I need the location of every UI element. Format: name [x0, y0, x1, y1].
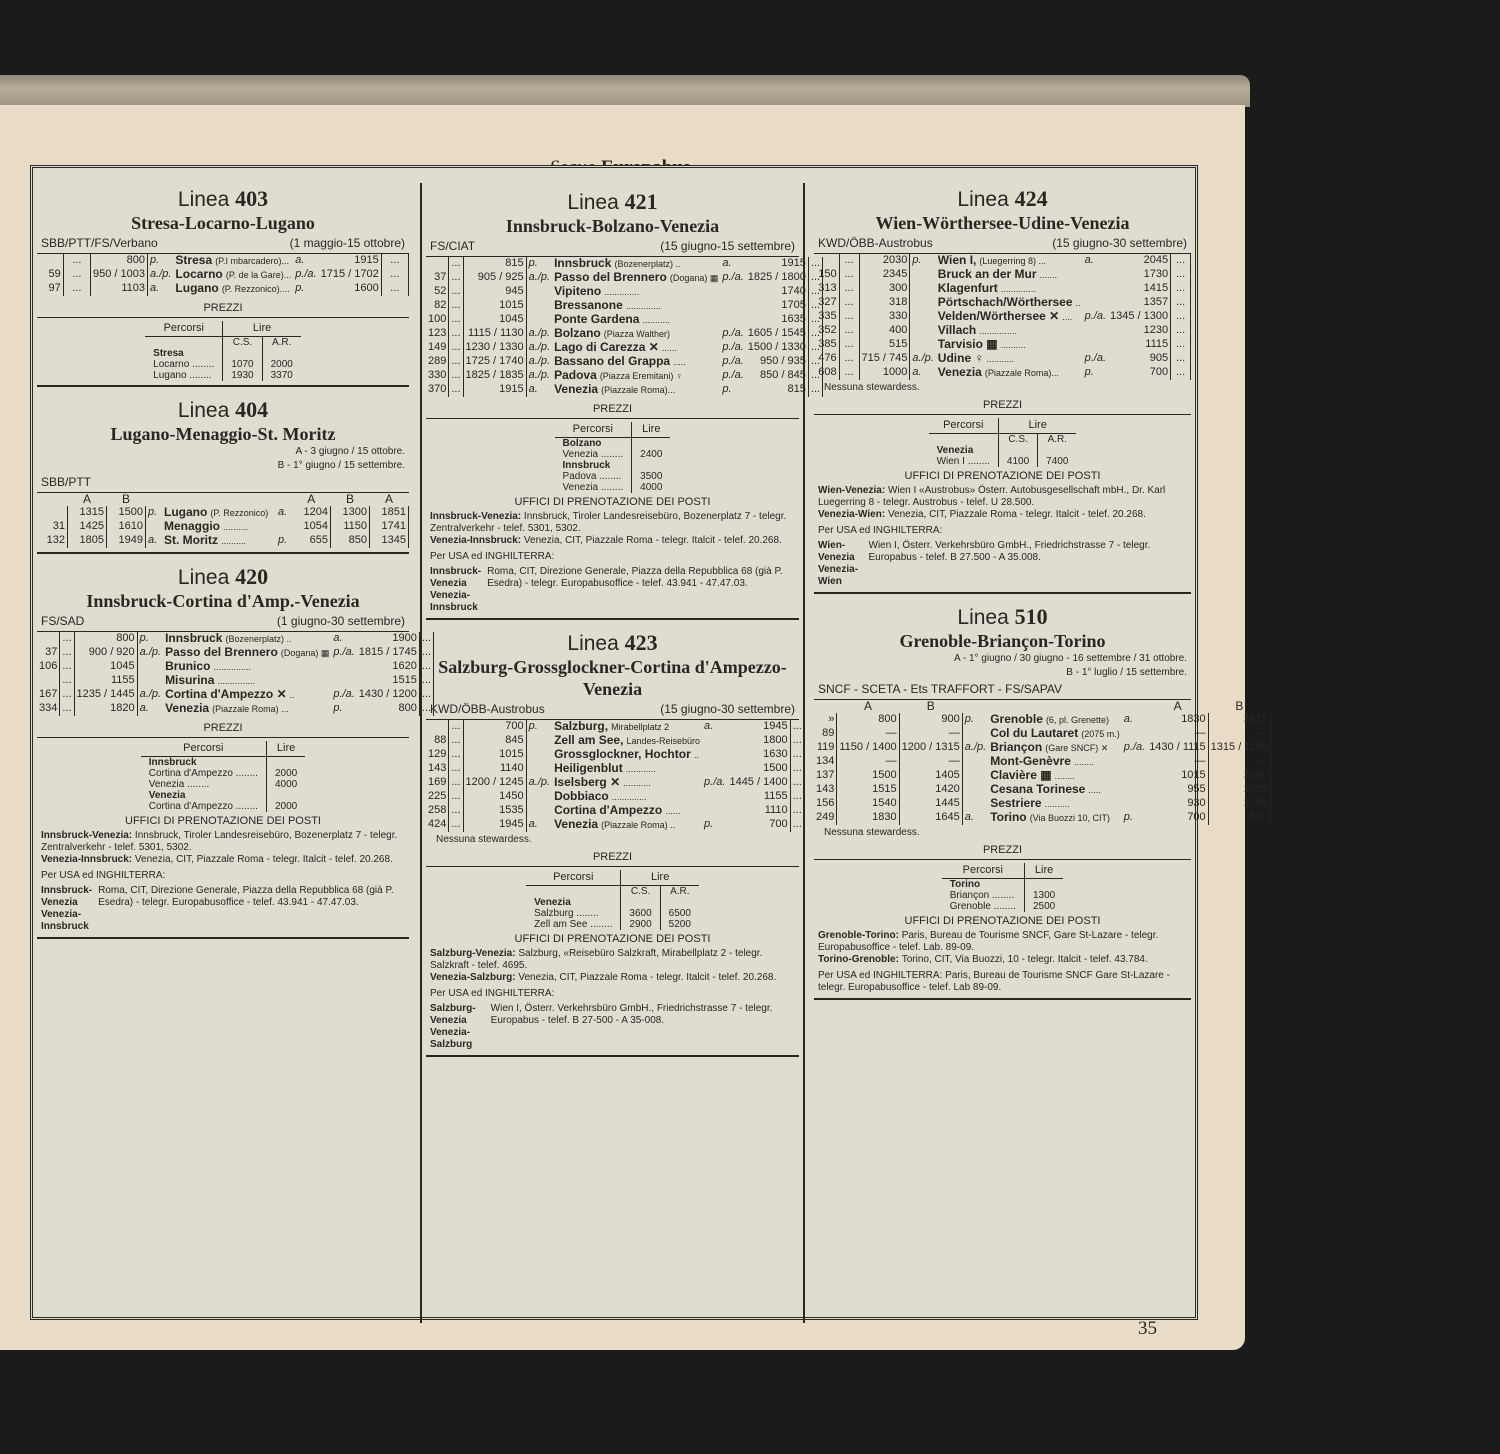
empty-column: ...	[449, 313, 463, 327]
station-detail: (6, pl. Grenette)	[1046, 715, 1109, 725]
station: Venezia (Piazzale Roma) ..	[552, 818, 702, 832]
station-name: Cesana Torinese	[990, 782, 1085, 796]
section-rule	[814, 998, 1191, 1000]
arr-dep-return	[331, 660, 356, 674]
station-name: Bruck an der Mur	[938, 267, 1037, 281]
station-name: Velden/Wörthersee ✕	[938, 309, 1059, 323]
km-value: 352	[814, 324, 839, 338]
time-return: 1155	[727, 790, 790, 804]
period: (1 giugno-30 settembre)	[277, 614, 405, 628]
blank	[223, 348, 262, 359]
lire-header: Lire	[266, 741, 305, 757]
arr-dep: a./p.	[910, 352, 936, 366]
timetable-row: 385...515Tarvisio ▦ ..........1115...	[814, 338, 1191, 352]
time-out: 515	[859, 338, 910, 352]
station-name: Passo del Brennero	[165, 645, 278, 659]
destination: Wien I ........	[929, 456, 999, 467]
station: Udine ♀ ...........	[936, 352, 1083, 366]
station-detail: (Gare SNCF) ✕	[1045, 743, 1108, 753]
destination: Venezia ........	[141, 779, 267, 790]
usa-row: Innsbruck-VeneziaVenezia-InnsbruckRoma, …	[430, 566, 795, 614]
ar-label: A.R.	[1038, 434, 1077, 446]
destination: Venezia ........	[555, 482, 632, 493]
station: Zell am See, Landes-Reisebüro	[552, 734, 702, 748]
office-route: Salzburg-Venezia:	[430, 948, 518, 959]
prices-table: PercorsiLireInnsbruckCortina d'Ampezzo .…	[141, 741, 306, 812]
time-b: 1645	[899, 811, 962, 825]
km-value	[426, 257, 449, 271]
usa-title: Per USA ed INGHILTERRA:	[818, 525, 1187, 537]
route-number: Linea 404	[37, 397, 409, 423]
arr-dep-return: p./a.	[331, 688, 356, 702]
price-origin: Venezia	[141, 790, 306, 801]
arr-dep-return	[1122, 727, 1147, 741]
cs-label: C.S.	[621, 886, 660, 898]
usa-title: Per USA ed INGHILTERRA:	[430, 988, 795, 1000]
station-detail: ...........	[623, 778, 651, 788]
prices-table: PercorsiLireC.S.A.R.VeneziaSalzburg ....…	[526, 870, 699, 930]
return-a: —	[1147, 755, 1208, 769]
arr-dep	[910, 310, 936, 324]
station: Klagenfurt ..............	[936, 282, 1083, 296]
price-row: Grenoble ........2500	[942, 901, 1064, 912]
km-value	[37, 674, 60, 688]
time-out: 2030	[859, 254, 910, 268]
timetable-row: 14315151420Cesana Torinese .....9551025	[814, 783, 1270, 797]
page-number: 35	[1138, 1318, 1157, 1340]
timetable-row: 330...1825 / 1835a./p.Padova (Piazza Ere…	[426, 369, 823, 383]
km-value: 106	[37, 660, 60, 674]
note: A - 1° giugno / 30 giugno - 16 settembre…	[814, 652, 1187, 666]
empty-column: ...	[790, 720, 804, 734]
time-return: 815	[746, 383, 809, 397]
station-name: Sestriere	[990, 796, 1041, 810]
blank	[632, 460, 671, 471]
empty-column: ...	[1171, 296, 1191, 310]
empty-column: ...	[1171, 282, 1191, 296]
section-rule	[37, 385, 409, 387]
route-id: 404	[235, 397, 268, 422]
usa-route: Venezia-Wien	[818, 564, 863, 588]
office-route: Grenoble-Torino:	[818, 930, 902, 941]
time-b: —	[899, 755, 962, 769]
time-out: 1535	[463, 804, 526, 818]
arr-dep	[526, 313, 552, 327]
timetable-row: 106...1045Brunico ...............1620...	[37, 660, 434, 674]
timetable-row: 129...1015Grossglockner, Hochtor ..1630.…	[426, 748, 804, 762]
usa-route: Innsbruck-Venezia	[41, 885, 92, 909]
timetable-row: ...2030p.Wien I, (Luegerring 8) ...a.204…	[814, 254, 1191, 268]
time-return: 1357	[1108, 296, 1171, 310]
timetable-row: 82...1015Bressanone ..............1705..…	[426, 299, 823, 313]
station-detail: (Bozenerplatz) ..	[614, 259, 680, 269]
station: Clavière ▦ ........	[988, 769, 1122, 783]
column-middle: Linea 421Innsbruck-Bolzano-VeneziaFS/CIA…	[420, 183, 805, 1323]
arr-dep: a./p.	[526, 327, 552, 341]
time-return: 1445 / 1400	[727, 776, 790, 790]
station-detail: ..........	[1001, 340, 1026, 350]
timetable-row: 476...715 / 745a./p.Udine ♀ ...........p…	[814, 352, 1191, 366]
return-b: 1025	[1208, 783, 1270, 797]
blank	[929, 434, 999, 446]
route-block-403: Linea 403Stresa-Locarno-LuganoSBB/PTT/FS…	[33, 186, 413, 387]
station-detail: (Luegerring 8) ...	[979, 256, 1046, 266]
timetable-row: ...1155Misurina ...............1515...	[37, 674, 434, 688]
arr-dep-return	[1083, 268, 1108, 282]
time-a: 1150 / 1400	[837, 741, 899, 755]
return-b: 1005	[1208, 797, 1270, 811]
time-b: 1949	[107, 534, 146, 548]
price-lire: 2400	[632, 449, 671, 460]
ar-label: A.R.	[660, 886, 699, 898]
return-b: 1300	[331, 506, 370, 520]
station: Col du Lautaret (2075 m.)	[988, 727, 1122, 741]
time-return: 700	[1108, 366, 1171, 380]
prices-subheader: C.S.A.R.	[929, 434, 1077, 446]
station-name: Venezia	[554, 817, 598, 831]
arr-dep: p.	[137, 632, 163, 646]
time-a: 1805	[68, 534, 107, 548]
station: Venezia (Piazzale Roma)...	[552, 383, 720, 397]
arr-dep-return: p./a.	[720, 369, 745, 383]
prices-subheader: C.S.A.R.	[145, 337, 301, 349]
time-return: 1620	[357, 660, 420, 674]
return-b: 1315 / 1130	[1208, 741, 1270, 755]
linea-label: Linea	[178, 566, 235, 589]
time-out: 1015	[463, 299, 526, 313]
time-a: 1500	[837, 769, 899, 783]
time-out: 900 / 920	[74, 646, 137, 660]
prices-title: PREZZI	[37, 302, 409, 314]
station-detail: (Dogana) ▦	[670, 273, 719, 283]
linea-label: Linea	[178, 188, 235, 211]
station: Salzburg, Mirabellplatz 2	[552, 720, 702, 734]
time-return: 1915	[319, 254, 382, 268]
destination: Cortina d'Ampezzo ........	[141, 768, 267, 779]
time-out: 1725 / 1740	[463, 355, 526, 369]
station-detail: .....	[673, 357, 686, 367]
arr-dep-return: p.	[1083, 366, 1108, 380]
operator-line: SBB/PTT/FS/Verbano(1 maggio-15 ottobre)	[37, 234, 409, 254]
prices-title: PREZZI	[426, 851, 799, 863]
station: Tarvisio ▦ ..........	[936, 338, 1083, 352]
price-lire: 4000	[266, 779, 305, 790]
station: Heiligenblut ............	[552, 762, 702, 776]
arr-dep-return	[720, 299, 745, 313]
arr-dep	[910, 296, 936, 310]
price-row: Locarno ........10702000	[145, 359, 301, 370]
office-entry: Grenoble-Torino: Paris, Bureau de Touris…	[818, 930, 1187, 954]
booking-offices: UFFICI DI PRENOTAZIONE DEI POSTIGrenoble…	[814, 915, 1191, 994]
return-a: 1430 / 1115	[1147, 741, 1208, 755]
operator-line: KWD/ÖBB-Austrobus(15 giugno-30 settembre…	[426, 700, 799, 720]
km-value: 167	[37, 688, 60, 702]
arr-dep-return	[1083, 282, 1108, 296]
station-name: Salzburg,	[554, 719, 608, 733]
usa-row: Salzburg-VeneziaVenezia-SalzburgWien I, …	[430, 1003, 795, 1051]
timetable-row: 149...1230 / 1330a./p.Lago di Carezza ✕ …	[426, 341, 823, 355]
time-return: 1230	[1108, 324, 1171, 338]
office-entry: Venezia-Innsbruck: Venezia, CIT, Piazzal…	[41, 854, 405, 866]
station-detail: ..............	[626, 301, 661, 311]
time-a: 1515	[837, 783, 899, 797]
arr-dep: p.	[910, 254, 936, 268]
booking-offices: UFFICI DI PRENOTAZIONE DEI POSTIInnsbruc…	[37, 815, 409, 933]
timetable: ...800p.Stresa (P.I mbarcadero)...a.1915…	[37, 254, 409, 296]
col-header	[814, 700, 837, 713]
time-out: 1015	[463, 748, 526, 762]
price-row: Padova ........3500	[555, 471, 671, 482]
station-detail: ..	[694, 750, 699, 760]
km-value: 82	[426, 299, 449, 313]
percorsi-header: Percorsi	[526, 870, 621, 886]
km-value: 37	[37, 646, 60, 660]
empty-column: ...	[790, 804, 804, 818]
price-lire: 2500	[1024, 901, 1063, 912]
operator: KWD/ÖBB-Austrobus	[430, 702, 545, 716]
arr-dep	[526, 299, 552, 313]
empty-column: ...	[1171, 310, 1191, 324]
km-value	[37, 254, 63, 268]
km-value	[37, 632, 60, 646]
time-return: 1635	[746, 313, 809, 327]
empty-column: ...	[449, 804, 463, 818]
timetable-row: 334...1820a.Venezia (Piazzale Roma) ...p…	[37, 702, 434, 716]
time-return: 1730	[1108, 268, 1171, 282]
blank	[1024, 879, 1063, 891]
arr-dep: a./p.	[526, 776, 552, 790]
col-header: A	[1147, 700, 1208, 713]
usa-title: Per USA ed INGHILTERRA:	[41, 870, 405, 882]
arr-dep: a.	[526, 818, 552, 832]
prices-header: PercorsiLire	[145, 321, 301, 337]
time-out: 1103	[91, 282, 148, 296]
price-row: Venezia ........2400	[555, 449, 671, 460]
price-row: Zell am See ........29005200	[526, 919, 699, 930]
operator-line: FS/SAD(1 giugno-30 settembre)	[37, 612, 409, 632]
station: Villach ...............	[936, 324, 1083, 338]
arr-dep: a.	[962, 811, 988, 825]
lire-header: Lire	[1024, 863, 1063, 879]
time-return: 905	[1108, 352, 1171, 366]
office-route: Torino-Grenoble:	[818, 954, 902, 965]
timetable: AB AB»800900p.Grenoble (6, pl. Grenette)…	[814, 700, 1271, 825]
operator: FS/CIAT	[430, 239, 475, 253]
office-text: Torino, CIT, Via Buozzi, 10 - telegr. It…	[902, 954, 1148, 965]
empty-column: ...	[60, 660, 74, 674]
usa-route: Venezia-Innsbruck	[41, 909, 92, 933]
percorsi-header: Percorsi	[929, 418, 999, 434]
office-entry: Wien-Venezia: Wien I «Austrobus» Österr.…	[818, 485, 1187, 509]
office-text: Venezia, CIT, Piazzale Roma - telegr. It…	[888, 509, 1146, 520]
empty-column: ...	[449, 369, 463, 383]
usa-route: Salzburg-Venezia	[430, 1003, 485, 1027]
arr-dep	[910, 268, 936, 282]
route-id: 510	[1015, 604, 1048, 629]
station-detail: ......	[662, 343, 677, 353]
return-a: 700	[1147, 811, 1208, 825]
return-b: 1040	[1208, 769, 1270, 783]
station-detail: ............	[626, 764, 656, 774]
price-cs: 1930	[223, 370, 262, 381]
price-row: Cortina d'Ampezzo ........2000	[141, 768, 306, 779]
km-value	[37, 506, 68, 520]
empty-column: ...	[1171, 268, 1191, 282]
note: B - 1° luglio / 15 settembre.	[814, 666, 1187, 680]
blank	[526, 886, 621, 898]
time-return: 1815 / 1745	[357, 646, 420, 660]
time-return: 1345 / 1300	[1108, 310, 1171, 324]
route-number: Linea 510	[814, 604, 1191, 630]
col-header: B	[1208, 700, 1270, 713]
origin-name: Venezia	[141, 790, 267, 801]
empty-column: ...	[60, 646, 74, 660]
empty-column: ...	[449, 776, 463, 790]
blank	[660, 897, 699, 908]
km-value: 88	[426, 734, 449, 748]
time-out: 1235 / 1445	[74, 688, 137, 702]
price-lire: 4000	[632, 482, 671, 493]
time-out: 1450	[463, 790, 526, 804]
station: Padova (Piazza Eremitani) ♀	[552, 369, 720, 383]
empty-column: ...	[60, 632, 74, 646]
timetable-row: 1191150 / 14001200 / 1315a./p.Briançon (…	[814, 741, 1270, 755]
stewardess-note: Nessuna stewardess.	[426, 834, 799, 845]
station: Mont-Genèvre ........	[988, 755, 1122, 769]
arr-dep-return: p./a.	[1083, 352, 1108, 366]
section-rule	[37, 937, 409, 939]
col-header	[146, 493, 163, 506]
arr-dep-return: a.	[293, 254, 318, 268]
station: St. Moritz ..........	[162, 534, 276, 548]
timetable-row: 143...1140Heiligenblut ............1500.…	[426, 762, 804, 776]
time-return: 1740	[746, 285, 809, 299]
time-out: 1820	[74, 702, 137, 716]
blank	[266, 757, 305, 769]
station-name: Lago di Carezza ✕	[554, 340, 659, 354]
time-b: 1500	[107, 506, 146, 520]
km-value: 330	[426, 369, 449, 383]
empty-column: ...	[839, 338, 859, 352]
km-value: 123	[426, 327, 449, 341]
timetable-row: 370...1915a.Venezia (Piazzale Roma)...p.…	[426, 383, 823, 397]
usa-text: Wien I, Österr. Verkehrsbüro GmbH., Frie…	[869, 540, 1188, 588]
price-row: Venezia ........4000	[555, 482, 671, 493]
operator-line: SNCF - SCETA - Ets TRAFFORT - FS/SAPAV	[814, 680, 1191, 700]
empty-column: ...	[1171, 338, 1191, 352]
arr-dep	[526, 804, 552, 818]
destination: Padova ........	[555, 471, 632, 482]
blank	[1038, 445, 1077, 456]
time-out: 2345	[859, 268, 910, 282]
office-text: Venezia, CIT, Piazzale Roma - telegr. It…	[135, 854, 393, 865]
usa-title: Per USA ed INGHILTERRA:	[430, 551, 795, 563]
blank	[266, 790, 305, 801]
empty-column: ...	[839, 366, 859, 380]
station-name: Grossglockner, Hochtor	[554, 747, 691, 761]
timetable-row: 52...945Vipiteno ..............1740...	[426, 285, 823, 299]
station: Pörtschach/Wörthersee ..	[936, 296, 1083, 310]
empty-column: ...	[1171, 324, 1191, 338]
timetable: ...700p.Salzburg, Mirabellplatz 2a.1945.…	[426, 720, 805, 832]
return-b: 1150	[331, 520, 370, 534]
arr-dep: a./p.	[526, 341, 552, 355]
price-origin: Venezia	[929, 445, 1077, 456]
station: Cesana Torinese .....	[988, 783, 1122, 797]
station: Passo del Brennero (Dogana) ▦	[163, 646, 331, 660]
empty-column: ...	[63, 268, 90, 282]
time-out: 845	[463, 734, 526, 748]
time-out: 905 / 925	[463, 271, 526, 285]
timetable-row: 327...318Pörtschach/Wörthersee ..1357...	[814, 296, 1191, 310]
time-return: 950 / 935	[746, 355, 809, 369]
route-id: 424	[1015, 186, 1048, 211]
arr-dep-return: a.	[331, 632, 356, 646]
usa-row: Wien-VeneziaVenezia-WienWien I, Österr. …	[818, 540, 1187, 588]
return-b: 800	[1208, 811, 1270, 825]
prices-header: PercorsiLire	[141, 741, 306, 757]
km-value: 313	[814, 282, 839, 296]
time-out: 1045	[463, 313, 526, 327]
empty-column: ...	[449, 327, 463, 341]
price-origin: Stresa	[145, 348, 301, 359]
time-a: —	[837, 727, 899, 741]
station-detail: (2075 m.)	[1081, 729, 1120, 739]
price-row: Briançon ........1300	[942, 890, 1064, 901]
return-a: 1830	[1147, 713, 1208, 727]
office-entry: Salzburg-Venezia: Salzburg, «Reisebüro S…	[430, 948, 795, 972]
arr-dep-return: a.	[702, 720, 727, 734]
station-detail: (P. de la Gare)...	[226, 270, 291, 280]
timetable-row: ...800p.Stresa (P.I mbarcadero)...a.1915…	[37, 254, 409, 268]
station: Iselsberg ✕ ...........	[552, 776, 702, 790]
empty-column: ...	[839, 282, 859, 296]
timetable-row: 150...2345Bruck an der Mur .......1730..…	[814, 268, 1191, 282]
time-return: 1825 / 1800	[746, 271, 809, 285]
timetable: ...2030p.Wien I, (Luegerring 8) ...a.204…	[814, 254, 1191, 380]
percorsi-header: Percorsi	[942, 863, 1025, 879]
timetable-row: 225...1450Dobbiaco ..............1155...	[426, 790, 804, 804]
time-return: 1800	[727, 734, 790, 748]
section-rule	[426, 1055, 799, 1057]
linea-label: Linea	[178, 399, 235, 422]
operator: SNCF - SCETA - Ets TRAFFORT - FS/SAPAV	[818, 682, 1062, 696]
price-lire: 2000	[266, 801, 305, 812]
km-value: 424	[426, 818, 449, 832]
station-name: Clavière ▦	[990, 768, 1051, 782]
station: Bassano del Grappa .....	[552, 355, 720, 369]
km-value: 150	[814, 268, 839, 282]
time-out: 1000	[859, 366, 910, 380]
arr-dep: p.	[526, 257, 552, 271]
time-out: 800	[74, 632, 137, 646]
route-number: Linea 423	[426, 630, 799, 656]
prices-header: PercorsiLire	[555, 422, 671, 438]
arr-dep-return	[1083, 324, 1108, 338]
timetable-row: 88...845Zell am See, Landes-Reisebüro180…	[426, 734, 804, 748]
service-notes: A - 1° giugno / 30 giugno - 16 settembre…	[814, 652, 1191, 680]
route-name: Wien-Wörthersee-Udine-Venezia	[814, 212, 1191, 234]
time-return: 2045	[1108, 254, 1171, 268]
station: Lugano (P. Rezzonico)	[162, 506, 276, 520]
time-a: 1830	[837, 811, 899, 825]
usa-route: Venezia-Salzburg	[430, 1027, 485, 1051]
empty-column: ...	[449, 341, 463, 355]
office-route: Venezia-Innsbruck:	[41, 854, 135, 865]
station-name: Bressanone	[554, 298, 623, 312]
arr-dep: p.	[146, 506, 163, 520]
empty-column: ...	[60, 688, 74, 702]
